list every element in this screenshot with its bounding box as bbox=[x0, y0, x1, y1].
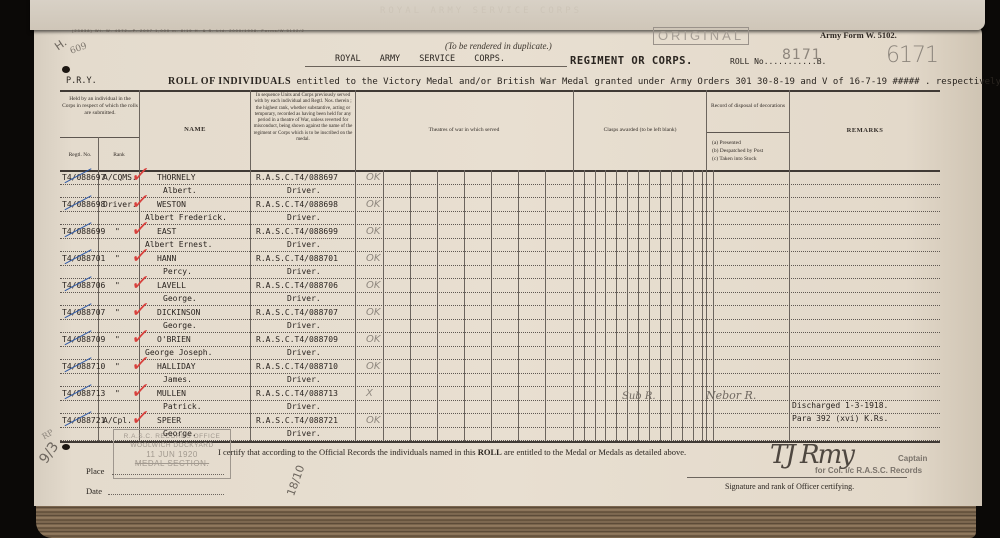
row-midline bbox=[60, 319, 940, 320]
header-units-served: In sequence Units and Corps previously s… bbox=[252, 93, 354, 143]
unit-rank: Driver. bbox=[287, 321, 321, 330]
rank: " bbox=[115, 254, 120, 263]
theatre-check-mark: OK bbox=[366, 199, 380, 210]
unit-rank: Driver. bbox=[287, 429, 321, 438]
theatre-check-mark: X bbox=[366, 388, 373, 399]
rank: " bbox=[115, 308, 120, 317]
red-check-icon: ✓ bbox=[129, 273, 151, 295]
theatre-check-mark: OK bbox=[366, 226, 380, 237]
header-theatres: Theatres of war in which served bbox=[356, 127, 572, 134]
forenames: Patrick. bbox=[163, 402, 202, 411]
unit-service-number: R.A.S.C.T4/088707 bbox=[256, 308, 338, 317]
row-bottomline bbox=[60, 224, 940, 225]
rendered-note: (To be rendered in duplicate.) bbox=[445, 41, 552, 51]
header-clasps: Clasps awarded (to be left blank) bbox=[574, 127, 706, 134]
officer-rank-stamp: Captain bbox=[898, 454, 927, 463]
header-rank: Rank bbox=[99, 152, 139, 159]
unit-service-number: R.A.S.C.T4/088698 bbox=[256, 200, 338, 209]
row-midline bbox=[60, 346, 940, 347]
unit-service-number: R.A.S.C.T4/088701 bbox=[256, 254, 338, 263]
page-reference-handwritten: 6171 bbox=[886, 43, 938, 68]
red-check-icon: ✓ bbox=[129, 192, 151, 214]
unit-rank: Driver. bbox=[287, 375, 321, 384]
header-disposal-title: Record of disposal of decorations bbox=[707, 101, 789, 111]
unit-service-number: R.A.S.C.T4/088713 bbox=[256, 389, 338, 398]
stamp-location: WOOLWICH DOCKYARD bbox=[114, 441, 230, 450]
date-label: Date bbox=[86, 486, 102, 496]
certify-pre: I certify that according to the Official… bbox=[218, 447, 476, 457]
surname: DICKINSON bbox=[157, 308, 200, 317]
unit-rank: Driver. bbox=[287, 348, 321, 357]
red-check-icon: ✓ bbox=[129, 219, 151, 241]
rank: A/Cpl. bbox=[103, 416, 132, 425]
row-bottomline bbox=[60, 332, 940, 333]
theatre-check-mark: OK bbox=[366, 172, 380, 183]
row-bottomline bbox=[60, 251, 940, 252]
roll-title: ROLL OF INDIVIDUALS entitled to the Vict… bbox=[168, 76, 1000, 87]
surname: HANN bbox=[157, 254, 176, 263]
place-label: Place bbox=[86, 466, 104, 476]
red-check-icon: ✓ bbox=[129, 408, 151, 430]
stamp-date: 11 JUN 1920 bbox=[114, 450, 230, 459]
date-field-line bbox=[108, 494, 224, 495]
remarks-line-2: Para 392 (xvi) K.Rs. bbox=[792, 414, 888, 423]
disposal-handwritten-note: Sub R. bbox=[622, 391, 656, 402]
unit-service-number: R.A.S.C.T4/088706 bbox=[256, 281, 338, 290]
army-form-number: Army Form W. 5102. bbox=[820, 30, 897, 40]
theatre-check-mark: OK bbox=[366, 253, 380, 264]
header-name: NAME bbox=[140, 126, 250, 133]
remarks-line-1: Discharged 1-3-1918. bbox=[792, 401, 888, 410]
surname: WESTON bbox=[157, 200, 186, 209]
red-check-icon: ✓ bbox=[129, 381, 151, 403]
red-check-icon: ✓ bbox=[129, 300, 151, 322]
theatre-check-mark: OK bbox=[366, 415, 380, 426]
rank: " bbox=[115, 335, 120, 344]
corps-name: ROYAL ARMY SERVICE CORPS. bbox=[335, 54, 505, 64]
row-midline bbox=[60, 292, 940, 293]
unit-rank: Driver. bbox=[287, 186, 321, 195]
unit-service-number: R.A.S.C.T4/088721 bbox=[256, 416, 338, 425]
theatre-check-mark: OK bbox=[366, 307, 380, 318]
header-disposal-c: (c) Taken into Stock bbox=[712, 156, 790, 163]
unit-rank: Driver. bbox=[287, 294, 321, 303]
forenames: James. bbox=[163, 375, 192, 384]
unit-service-number: R.A.S.C.T4/088697 bbox=[256, 173, 338, 182]
punch-hole bbox=[62, 444, 70, 450]
red-check-icon: ✓ bbox=[129, 327, 151, 349]
row-midline bbox=[60, 238, 940, 239]
punch-hole bbox=[62, 66, 70, 73]
ghost-text: ROYAL ARMY SERVICE CORPS bbox=[380, 6, 582, 16]
row-midline bbox=[60, 373, 940, 374]
forenames: George. bbox=[163, 429, 197, 438]
row-midline bbox=[60, 211, 940, 212]
row-midline bbox=[60, 427, 940, 428]
surname: THORNELY bbox=[157, 173, 196, 182]
row-bottomline bbox=[60, 359, 940, 360]
certify-bold: ROLL bbox=[478, 447, 502, 457]
surname: LAVELL bbox=[157, 281, 186, 290]
forenames: Albert Ernest. bbox=[145, 240, 212, 249]
signature-caption: Signature and rank of Officer certifying… bbox=[725, 482, 854, 491]
red-check-icon: ✓ bbox=[129, 246, 151, 268]
unit-code: P.R.Y. bbox=[66, 76, 97, 86]
place-field-line bbox=[112, 474, 224, 475]
corps-underline bbox=[305, 66, 567, 67]
stamp-section: MEDAL SECTION. bbox=[114, 459, 230, 468]
roll-title-bold: ROLL OF INDIVIDUALS bbox=[168, 76, 291, 87]
theatre-check-mark: OK bbox=[366, 280, 380, 291]
header-remarks: REMARKS bbox=[790, 127, 940, 134]
printer-line: (23838) Wt. W. 4572—P. 2097 1,000 m. 8/1… bbox=[72, 28, 305, 33]
row-bottomline bbox=[60, 305, 940, 306]
forenames: Albert Frederick. bbox=[145, 213, 227, 222]
previous-page-fold: ROYAL ARMY SERVICE CORPS bbox=[30, 0, 985, 30]
header-disposal-a: (a) Presented bbox=[712, 140, 790, 147]
certify-post: are entitled to the Medal or Medals as d… bbox=[504, 447, 686, 457]
roll-title-rest: entitled to the Victory Medal and/or Bri… bbox=[296, 77, 1000, 87]
rank: " bbox=[115, 281, 120, 290]
held-by-divider bbox=[60, 137, 139, 138]
unit-service-number: R.A.S.C.T4/088699 bbox=[256, 227, 338, 236]
unit-rank: Driver. bbox=[287, 402, 321, 411]
surname: EAST bbox=[157, 227, 176, 236]
forenames: Percy. bbox=[163, 267, 192, 276]
rank: " bbox=[115, 389, 120, 398]
disposal-divider bbox=[706, 132, 789, 133]
header-disposal-b: (b) Despatched by Post bbox=[712, 148, 790, 155]
officer-office-stamp: for Col. i/c R.A.S.C. Records bbox=[815, 466, 922, 475]
signature-line bbox=[687, 477, 907, 478]
row-bottomline bbox=[60, 278, 940, 279]
roll-number-handwritten: 8171 bbox=[782, 47, 822, 63]
theatre-check-mark: OK bbox=[366, 361, 380, 372]
header-bottom-border bbox=[60, 170, 940, 172]
unit-service-number: R.A.S.C.T4/088709 bbox=[256, 335, 338, 344]
row-bottomline bbox=[60, 386, 940, 387]
row-midline bbox=[60, 184, 940, 185]
theatre-check-mark: OK bbox=[366, 334, 380, 345]
regiment-or-corps-label: REGIMENT OR CORPS. bbox=[570, 55, 693, 67]
surname: HALLIDAY bbox=[157, 362, 196, 371]
forenames: Albert. bbox=[163, 186, 197, 195]
original-stamp: ORIGINAL bbox=[653, 27, 749, 45]
unit-rank: Driver. bbox=[287, 240, 321, 249]
rank: " bbox=[115, 227, 120, 236]
surname: SPEER bbox=[157, 416, 181, 425]
surname: MULLEN bbox=[157, 389, 186, 398]
unit-rank: Driver. bbox=[287, 213, 321, 222]
header-held-by: Held by an individual in the Corps in re… bbox=[62, 96, 138, 117]
red-check-icon: ✓ bbox=[129, 165, 151, 187]
forenames: George Joseph. bbox=[145, 348, 212, 357]
disposal-handwritten-signature: Nebor R. bbox=[706, 389, 756, 402]
forenames: George. bbox=[163, 294, 197, 303]
rank: " bbox=[115, 362, 120, 371]
unit-rank: Driver. bbox=[287, 267, 321, 276]
table-top-border bbox=[60, 90, 940, 92]
row-midline bbox=[60, 265, 940, 266]
surname: O'BRIEN bbox=[157, 335, 191, 344]
forenames: George. bbox=[163, 321, 197, 330]
red-check-icon: ✓ bbox=[129, 354, 151, 376]
certification-statement: I certify that according to the Official… bbox=[218, 447, 686, 457]
row-bottomline bbox=[60, 197, 940, 198]
unit-service-number: R.A.S.C.T4/088710 bbox=[256, 362, 338, 371]
